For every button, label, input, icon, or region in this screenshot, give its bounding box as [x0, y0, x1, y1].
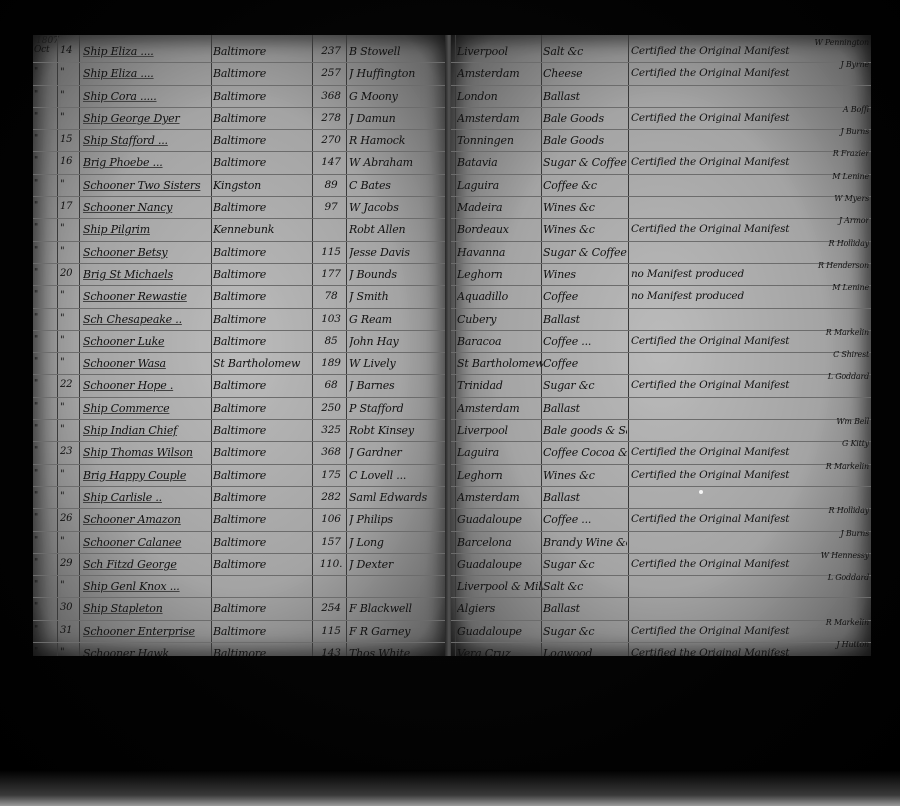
origin-port: Trinidad — [457, 379, 543, 392]
vessel-name: Schooner Wasa — [83, 357, 213, 370]
home-port: Baltimore — [213, 424, 321, 437]
origin-port: Guadaloupe — [457, 513, 543, 526]
ledger-row: "16Brig Phoebe ...Baltimore147W Abraham — [33, 152, 448, 174]
vessel-name: Ship Indian Chief — [83, 424, 213, 437]
ledger-row: "26Schooner AmazonBaltimore106J Philips — [33, 509, 448, 531]
vessel-name: Schooner Calanee — [83, 536, 213, 549]
origin-port: Cubery — [457, 313, 543, 326]
vessel-name: Ship George Dyer — [83, 112, 213, 125]
tonnage: 115 — [316, 625, 346, 637]
consignee: J Burns — [799, 127, 869, 136]
tonnage: 97 — [316, 201, 346, 213]
consignee: R Markelin — [799, 328, 869, 337]
date-cell: " — [34, 134, 54, 144]
cargo: Ballast — [543, 313, 627, 326]
date-cell: " — [34, 67, 54, 77]
consignee: R Holliday — [799, 506, 869, 515]
home-port: Baltimore — [213, 112, 321, 125]
vessel-name: Ship Eliza .... — [83, 67, 213, 80]
day-cell: " — [60, 179, 76, 190]
ledger-row: LeghornWines &cCertified the Original Ma… — [451, 465, 871, 487]
home-port: Baltimore — [213, 625, 321, 638]
ledger-row: Vera CruzLogwoodCertified the Original M… — [451, 643, 871, 656]
tonnage: 254 — [316, 602, 346, 614]
date-cell: " — [34, 179, 54, 189]
vessel-name: Ship Genl Knox ... — [83, 580, 213, 593]
origin-port: Aquadillo — [457, 290, 543, 303]
master-name: F R Garney — [349, 625, 447, 638]
cargo: Cheese — [543, 67, 627, 80]
origin-port: Leghorn — [457, 268, 543, 281]
right-page: LiverpoolSalt &cCertified the Original M… — [451, 35, 871, 656]
ledger-row: "29Sch Fitzd GeorgeBaltimore110.J Dexter — [33, 554, 448, 576]
cargo: Bale goods & Salt — [543, 424, 627, 437]
tonnage: 250 — [316, 402, 346, 414]
date-cell: Oct — [34, 45, 54, 55]
origin-port: Madeira — [457, 201, 543, 214]
tonnage: 282 — [316, 491, 346, 503]
ledger-row: ""Schooner HawkBaltimore143Thos White — [33, 643, 448, 656]
ledger-row: AquadilloCoffeeno Manifest producedM Len… — [451, 286, 871, 308]
origin-port: Liverpool & Mill Bank — [457, 580, 543, 593]
date-cell: " — [34, 268, 54, 278]
cargo: Wines &c — [543, 469, 627, 482]
master-name: J Long — [349, 536, 447, 549]
date-cell: " — [34, 156, 54, 166]
tonnage: 157 — [316, 536, 346, 548]
home-port: Kennebunk — [213, 223, 321, 236]
cargo: Ballast — [543, 90, 627, 103]
vessel-name: Ship Eliza .... — [83, 45, 213, 58]
home-port: Baltimore — [213, 335, 321, 348]
day-cell: 30 — [60, 602, 76, 613]
day-cell: " — [60, 90, 76, 101]
home-port: Baltimore — [213, 201, 321, 214]
cargo: Bale Goods — [543, 112, 627, 125]
tonnage: 189 — [316, 357, 346, 369]
cargo: Ballast — [543, 402, 627, 415]
master-name: J Smith — [349, 290, 447, 303]
date-cell: " — [34, 424, 54, 434]
day-cell: 22 — [60, 379, 76, 390]
day-cell: " — [60, 246, 76, 257]
ledger-row: ""Brig Happy CoupleBaltimore175C Lovell … — [33, 465, 448, 487]
master-name: J Barnes — [349, 379, 447, 392]
consignee: W Pennington — [799, 38, 869, 47]
consignee: R Holliday — [799, 239, 869, 248]
ledger-book: 1807 Oct14Ship Eliza ....Baltimore237B S… — [33, 35, 868, 656]
cargo: Wines &c — [543, 223, 627, 236]
day-cell: " — [60, 469, 76, 480]
ledger-row: ""Ship Carlisle ..Baltimore282Saml Edwar… — [33, 487, 448, 509]
master-name: P Stafford — [349, 402, 447, 415]
day-cell: 17 — [60, 201, 76, 212]
cargo: Sugar &c — [543, 558, 627, 571]
day-cell: 16 — [60, 156, 76, 167]
consignee: R Markelin — [799, 462, 869, 471]
tonnage: 278 — [316, 112, 346, 124]
consignee: J Hutton — [799, 640, 869, 649]
ledger-row: ""Ship George DyerBaltimore278J Damun — [33, 108, 448, 130]
day-cell: 15 — [60, 134, 76, 145]
tonnage: 110. — [316, 558, 346, 570]
date-cell: " — [34, 625, 54, 635]
master-name: Robt Kinsey — [349, 424, 447, 437]
date-cell: " — [34, 290, 54, 300]
cargo: Salt &c — [543, 45, 627, 58]
master-name: J Gardner — [349, 446, 447, 459]
cargo: Coffee — [543, 357, 627, 370]
origin-port: Laguira — [457, 179, 543, 192]
consignee: R Markelin — [799, 618, 869, 627]
consignee: W Myers — [799, 194, 869, 203]
ledger-row: "20Brig St MichaelsBaltimore177J Bounds — [33, 264, 448, 286]
consignee: A Boffi — [799, 105, 869, 114]
day-cell: " — [60, 112, 76, 123]
master-name: Thos White — [349, 647, 447, 656]
left-entries: Oct14Ship Eliza ....Baltimore237B Stowel… — [33, 41, 448, 656]
cargo: Sugar & Coffee — [543, 156, 627, 169]
day-cell: " — [60, 402, 76, 413]
tonnage: 175 — [316, 469, 346, 481]
origin-port: Amsterdam — [457, 491, 543, 504]
ledger-row: ""Schooner WasaSt Bartholomew189W Lively — [33, 353, 448, 375]
home-port: Baltimore — [213, 536, 321, 549]
cargo: Wines — [543, 268, 627, 281]
ledger-row: ""Schooner RewastieBaltimore78J Smith — [33, 286, 448, 308]
cargo: Coffee ... — [543, 513, 627, 526]
tonnage: 89 — [316, 179, 346, 191]
day-cell: " — [60, 357, 76, 368]
master-name: Robt Allen — [349, 223, 447, 236]
vessel-name: Ship Pilgrim — [83, 223, 213, 236]
ledger-row: "23Ship Thomas WilsonBaltimore368J Gardn… — [33, 442, 448, 464]
date-cell: " — [34, 313, 54, 323]
tonnage: 143 — [316, 647, 346, 656]
home-port: Baltimore — [213, 647, 321, 656]
tonnage: 257 — [316, 67, 346, 79]
home-port: Baltimore — [213, 246, 321, 259]
ledger-row: ""Ship Cora .....Baltimore368G Moony — [33, 86, 448, 108]
day-cell: " — [60, 223, 76, 234]
date-cell: " — [34, 201, 54, 211]
master-name: J Bounds — [349, 268, 447, 281]
vessel-name: Schooner Amazon — [83, 513, 213, 526]
consignee: J Burns — [799, 529, 869, 538]
vessel-name: Schooner Rewastie — [83, 290, 213, 303]
day-cell: 29 — [60, 558, 76, 569]
date-cell: " — [34, 647, 54, 656]
date-cell: " — [34, 112, 54, 122]
origin-port: London — [457, 90, 543, 103]
ledger-row: ""Schooner BetsyBaltimore115Jesse Davis — [33, 242, 448, 264]
date-cell: " — [34, 446, 54, 456]
home-port: Baltimore — [213, 469, 321, 482]
vessel-name: Sch Chesapeake .. — [83, 313, 213, 326]
consignee: J Byrne — [799, 60, 869, 69]
tonnage: 103 — [316, 313, 346, 325]
day-cell: " — [60, 647, 76, 656]
cargo: Sugar & Coffee — [543, 246, 627, 259]
origin-port: Barcelona — [457, 536, 543, 549]
home-port: Kingston — [213, 179, 321, 192]
home-port: Baltimore — [213, 268, 321, 281]
day-cell: 23 — [60, 446, 76, 457]
home-port: Baltimore — [213, 134, 321, 147]
origin-port: Guadaloupe — [457, 625, 543, 638]
date-cell: " — [34, 513, 54, 523]
master-name: W Abraham — [349, 156, 447, 169]
consignee: C Shirest — [799, 350, 869, 359]
vessel-name: Sch Fitzd George — [83, 558, 213, 571]
master-name: W Lively — [349, 357, 447, 370]
vessel-name: Brig Happy Couple — [83, 469, 213, 482]
consignee: L Goddard — [799, 372, 869, 381]
vessel-name: Schooner Betsy — [83, 246, 213, 259]
origin-port: Bordeaux — [457, 223, 543, 236]
tonnage: 177 — [316, 268, 346, 280]
vessel-name: Schooner Nancy — [83, 201, 213, 214]
ledger-row: ""Sch Chesapeake ..Baltimore103G Ream — [33, 309, 448, 331]
ledger-row: AmsterdamCheeseCertified the Original Ma… — [451, 63, 871, 85]
ledger-row: Oct14Ship Eliza ....Baltimore237B Stowel… — [33, 41, 448, 63]
tonnage: 147 — [316, 156, 346, 168]
vessel-name: Schooner Luke — [83, 335, 213, 348]
vessel-name: Brig St Michaels — [83, 268, 213, 281]
consignee: M Lenine — [799, 172, 869, 181]
origin-port: Havanna — [457, 246, 543, 259]
cargo: Logwood — [543, 647, 627, 656]
consignee: R Henderson — [799, 261, 869, 270]
consignee: G Kitty — [799, 439, 869, 448]
ledger-row: ""Ship Genl Knox ... — [33, 576, 448, 598]
vessel-name: Ship Carlisle .. — [83, 491, 213, 504]
vessel-name: Schooner Enterprise — [83, 625, 213, 638]
origin-port: Laguira — [457, 446, 543, 459]
vessel-name: Ship Stapleton — [83, 602, 213, 615]
day-cell: " — [60, 424, 76, 435]
ledger-row: TrinidadSugar &cCertified the Original M… — [451, 375, 871, 397]
ledger-row: ""Schooner CalaneeBaltimore157J Long — [33, 532, 448, 554]
date-cell: " — [34, 536, 54, 546]
day-cell: 26 — [60, 513, 76, 524]
origin-port: Liverpool — [457, 45, 543, 58]
date-cell: " — [34, 379, 54, 389]
origin-port: Amsterdam — [457, 112, 543, 125]
consignee: Wm Bell — [799, 417, 869, 426]
film-edge — [0, 770, 900, 806]
origin-port: Vera Cruz — [457, 647, 543, 656]
day-cell: 31 — [60, 625, 76, 636]
cargo: Salt &c — [543, 580, 627, 593]
tonnage: 115 — [316, 246, 346, 258]
home-port: Baltimore — [213, 491, 321, 504]
day-cell: " — [60, 290, 76, 301]
vessel-name: Schooner Two Sisters — [83, 179, 213, 192]
consignee: M Lenine — [799, 283, 869, 292]
cargo: Sugar &c — [543, 625, 627, 638]
left-page: 1807 Oct14Ship Eliza ....Baltimore237B S… — [33, 35, 448, 656]
day-cell: " — [60, 536, 76, 547]
master-name: R Hamock — [349, 134, 447, 147]
tonnage: 85 — [316, 335, 346, 347]
ledger-row: "22Schooner Hope .Baltimore68J Barnes — [33, 375, 448, 397]
master-name: C Bates — [349, 179, 447, 192]
tonnage: 270 — [316, 134, 346, 146]
date-cell: " — [34, 469, 54, 479]
home-port: Baltimore — [213, 45, 321, 58]
master-name: Jesse Davis — [349, 246, 447, 259]
master-name: Saml Edwards — [349, 491, 447, 504]
date-cell: " — [34, 602, 54, 612]
tonnage: 368 — [316, 446, 346, 458]
film-speck — [699, 490, 703, 494]
tonnage: 368 — [316, 90, 346, 102]
cargo: Brandy Wine &c — [543, 536, 627, 549]
day-cell: 14 — [60, 45, 76, 56]
date-cell: " — [34, 246, 54, 256]
ledger-row: ""Ship PilgrimKennebunkRobt Allen — [33, 219, 448, 241]
master-name: J Philips — [349, 513, 447, 526]
master-name: G Moony — [349, 90, 447, 103]
consignee: J Armor — [799, 216, 869, 225]
vessel-name: Schooner Hawk — [83, 647, 213, 656]
ledger-row: "30Ship StapletonBaltimore254F Blackwell — [33, 598, 448, 620]
date-cell: " — [34, 90, 54, 100]
home-port: Baltimore — [213, 290, 321, 303]
home-port: Baltimore — [213, 446, 321, 459]
ledger-row: "15Ship Stafford ...Baltimore270R Hamock — [33, 130, 448, 152]
tonnage: 68 — [316, 379, 346, 391]
tonnage: 78 — [316, 290, 346, 302]
home-port: Baltimore — [213, 558, 321, 571]
cargo: Bale Goods — [543, 134, 627, 147]
date-cell: " — [34, 357, 54, 367]
cargo: Coffee Cocoa &c — [543, 446, 627, 459]
home-port: Baltimore — [213, 602, 321, 615]
master-name: J Damun — [349, 112, 447, 125]
cargo: Ballast — [543, 491, 627, 504]
day-cell: " — [60, 580, 76, 591]
ledger-row: ""Ship CommerceBaltimore250P Stafford — [33, 398, 448, 420]
vessel-name: Ship Commerce — [83, 402, 213, 415]
ledger-row: "17Schooner NancyBaltimore97W Jacobs — [33, 197, 448, 219]
ledger-row: ""Ship Eliza ....Baltimore257J Huffingto… — [33, 63, 448, 85]
origin-port: Amsterdam — [457, 67, 543, 80]
ledger-row: ""Schooner Two SistersKingston89C Bates — [33, 175, 448, 197]
tonnage: 106 — [316, 513, 346, 525]
date-cell: " — [34, 558, 54, 568]
home-port: Baltimore — [213, 156, 321, 169]
vessel-name: Ship Stafford ... — [83, 134, 213, 147]
vessel-name: Brig Phoebe ... — [83, 156, 213, 169]
origin-port: Algiers — [457, 602, 543, 615]
date-cell: " — [34, 335, 54, 345]
consignee: W Hennessy — [799, 551, 869, 560]
origin-port: Liverpool — [457, 424, 543, 437]
origin-port: Amsterdam — [457, 402, 543, 415]
master-name: J Huffington — [349, 67, 447, 80]
origin-port: St Bartholomew — [457, 357, 543, 370]
master-name: J Dexter — [349, 558, 447, 571]
origin-port: Leghorn — [457, 469, 543, 482]
master-name: G Ream — [349, 313, 447, 326]
day-cell: " — [60, 335, 76, 346]
origin-port: Tonningen — [457, 134, 543, 147]
cargo: Wines &c — [543, 201, 627, 214]
vessel-name: Schooner Hope . — [83, 379, 213, 392]
consignee: R Frazier — [799, 149, 869, 158]
day-cell: 20 — [60, 268, 76, 279]
tonnage: 325 — [316, 424, 346, 436]
master-name: F Blackwell — [349, 602, 447, 615]
origin-port: Baracoa — [457, 335, 543, 348]
cargo: Coffee &c — [543, 179, 627, 192]
home-port: Baltimore — [213, 379, 321, 392]
origin-port: Batavia — [457, 156, 543, 169]
cargo: Coffee ... — [543, 335, 627, 348]
date-cell: " — [34, 223, 54, 233]
cargo: Sugar &c — [543, 379, 627, 392]
home-port: Baltimore — [213, 313, 321, 326]
right-entries: LiverpoolSalt &cCertified the Original M… — [451, 41, 871, 656]
day-cell: " — [60, 313, 76, 324]
master-name: B Stowell — [349, 45, 447, 58]
day-cell: " — [60, 67, 76, 78]
origin-port: Guadaloupe — [457, 558, 543, 571]
day-cell: " — [60, 491, 76, 502]
ledger-row: ""Schooner LukeBaltimore85John Hay — [33, 331, 448, 353]
ledger-row: Liverpool & Mill BankSalt &cL Goddard — [451, 576, 871, 598]
home-port: Baltimore — [213, 90, 321, 103]
home-port: Baltimore — [213, 513, 321, 526]
ledger-row: ""Ship Indian ChiefBaltimore325Robt Kins… — [33, 420, 448, 442]
date-cell: " — [34, 491, 54, 501]
ledger-row: "31Schooner EnterpriseBaltimore115F R Ga… — [33, 621, 448, 643]
home-port: Baltimore — [213, 402, 321, 415]
home-port: St Bartholomew — [213, 357, 321, 370]
vessel-name: Ship Thomas Wilson — [83, 446, 213, 459]
cargo: Coffee — [543, 290, 627, 303]
cargo: Ballast — [543, 602, 627, 615]
date-cell: " — [34, 580, 54, 590]
consignee: L Goddard — [799, 573, 869, 582]
date-cell: " — [34, 402, 54, 412]
home-port: Baltimore — [213, 67, 321, 80]
tonnage: 237 — [316, 45, 346, 57]
master-name: W Jacobs — [349, 201, 447, 214]
master-name: John Hay — [349, 335, 447, 348]
vessel-name: Ship Cora ..... — [83, 90, 213, 103]
master-name: C Lovell ... — [349, 469, 447, 482]
